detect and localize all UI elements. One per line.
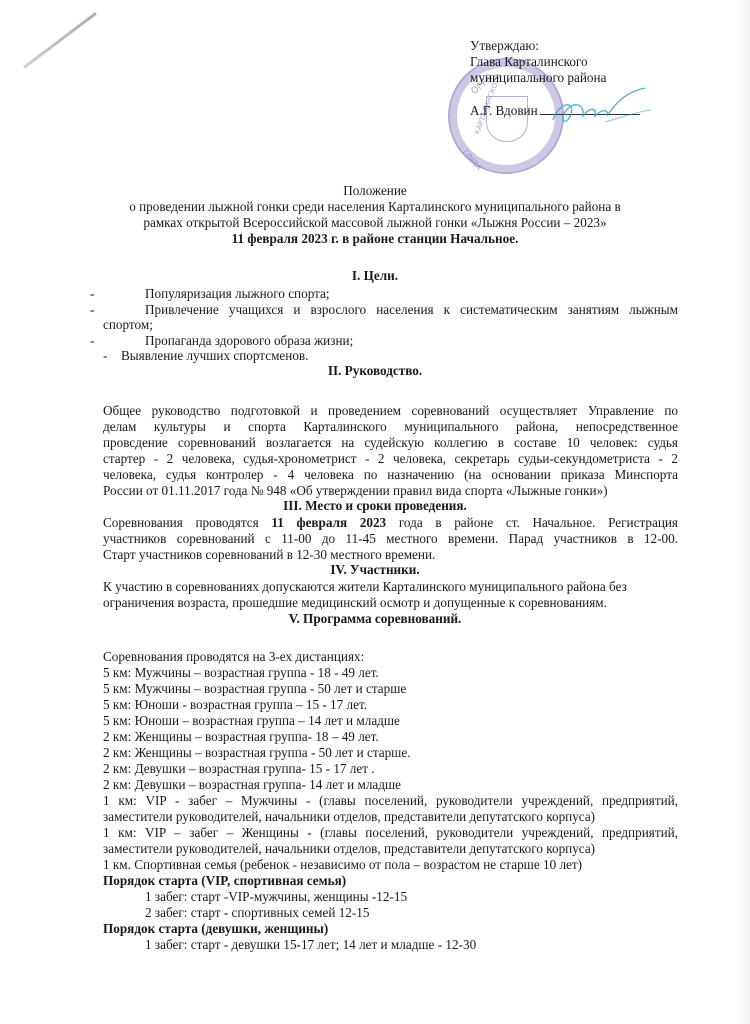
stamp-bottom-text: ГЛАВА: [461, 148, 483, 171]
goal-item-continuation: спортом;: [103, 317, 153, 332]
paragraph-line: делам культуры и спорта Карталинского му…: [103, 419, 678, 434]
program-intro: Соревнования проводятся на 3-ех дистанци…: [103, 649, 364, 664]
paragraph-line: России от 01.11.2017 года № 948 «Об утве…: [103, 483, 608, 498]
distance-item: 1 км. Спортивная семья (ребенок - незави…: [103, 857, 582, 872]
paragraph-line: Общее руководство подготовкой и проведен…: [103, 403, 678, 418]
distance-item: 5 км: Мужчины – возрастная группа - 50 л…: [103, 681, 406, 696]
distance-item: 2 км: Девушки – возрастная группа- 15 - …: [103, 761, 375, 776]
title-heading: Положение: [0, 183, 750, 199]
distance-item-continuation: заместители руководителей, начальники от…: [103, 809, 595, 824]
distance-item: 2 км: Женщины – возрастная группа- 18 – …: [103, 729, 379, 744]
distance-item-continuation: заместители руководителей, начальники от…: [103, 841, 595, 856]
start-order-item: 2 забег: старт - спортивных семей 12-15: [145, 905, 369, 920]
distance-item: 5 км: Мужчины – возрастная группа - 18 -…: [103, 665, 379, 680]
distance-item: 2 км: Женщины – возрастная группа - 50 л…: [103, 745, 411, 760]
start-order-vip-heading: Порядок старта (VIP, спортивная семья): [103, 873, 346, 888]
paragraph-line: стартер - 2 человека, судья-хронометрист…: [103, 451, 678, 466]
approval-label: Утверждаю:: [470, 38, 640, 54]
text-span: года в районе ст. Начальное. Регистрация: [386, 515, 678, 530]
section-heading-goals: I. Цели.: [0, 268, 750, 284]
goal-item: Пропаганда здорового образа жизни;: [145, 333, 353, 348]
approval-position-line1: Глава Карталинского: [470, 54, 640, 70]
text-span: Соревнования проводятся: [103, 515, 271, 530]
title-line-1: о проведении лыжной гонки среди населени…: [0, 199, 750, 215]
distance-item: 5 км: Юноши – возрастная группа – 14 лет…: [103, 713, 400, 728]
start-order-item: 1 забег: старт -VIP-мужчины, женщины -12…: [145, 889, 407, 904]
distance-item: 5 км: Юноши - возрастная группа – 15 - 1…: [103, 697, 367, 712]
title-date-place: 11 февраля 2023 г. в районе станции Нача…: [0, 231, 750, 247]
goal-item: Выявление лучших спортсменов.: [121, 348, 308, 363]
distance-item: 1 км: VIP – забег – Женщины - (главы пос…: [103, 825, 678, 840]
paragraph-line: К участию в соревнованиях допускаются жи…: [103, 579, 627, 594]
section-heading-place-time: III. Место и сроки проведения.: [0, 498, 750, 514]
bullet-dash: -: [90, 286, 94, 302]
title-line-2: рамках открытой Всероссийской массовой л…: [0, 215, 750, 231]
section-heading-management: II. Руководство.: [0, 363, 750, 379]
goal-item: Популяризация лыжного спорта;: [145, 286, 330, 301]
approval-signatory: А.Г. Вдовин: [470, 103, 538, 118]
handwritten-signature-icon: [545, 82, 655, 132]
distance-item: 1 км: VIP - забег – Мужчины - (главы пос…: [103, 793, 678, 808]
paragraph-line: участников соревнований с 11-00 до 11-45…: [103, 531, 678, 546]
goal-item: Привлечение учащихся и взрослого населен…: [145, 302, 678, 317]
distance-item: 2 км: Девушки – возрастная группа- 14 ле…: [103, 777, 401, 792]
scan-artifact-line: [23, 12, 97, 69]
bullet-dash: -: [103, 348, 107, 364]
paragraph-line: Соревнования проводятся 11 февраля 2023 …: [103, 515, 678, 530]
document-page: КАРТАЛИНСКОГО ОГРН ГЛАВА Утверждаю: Глав…: [0, 0, 750, 1024]
document-title: Положение о проведении лыжной гонки сред…: [0, 183, 750, 247]
date-highlight: 11 февраля 2023: [271, 515, 386, 530]
bullet-dash: -: [90, 302, 94, 318]
section-heading-participants: IV. Участники.: [0, 562, 750, 578]
bullet-dash: -: [90, 333, 94, 349]
start-order-item: 1 забег: старт - девушки 15-17 лет; 14 л…: [145, 937, 476, 952]
paragraph-line: человека, судья контролер - 4 человека п…: [103, 467, 678, 482]
paragraph-line: провсдение соревнований возлагается на с…: [103, 435, 678, 450]
paragraph-line: Старт участников соревнований в 12-30 ме…: [103, 547, 435, 562]
section-heading-program: V. Программа соревнований.: [0, 611, 750, 627]
start-order-women-heading: Порядок старта (девушки, женщины): [103, 921, 328, 936]
paragraph-line: ограничения возраста, прошедшие медицинс…: [103, 595, 607, 610]
